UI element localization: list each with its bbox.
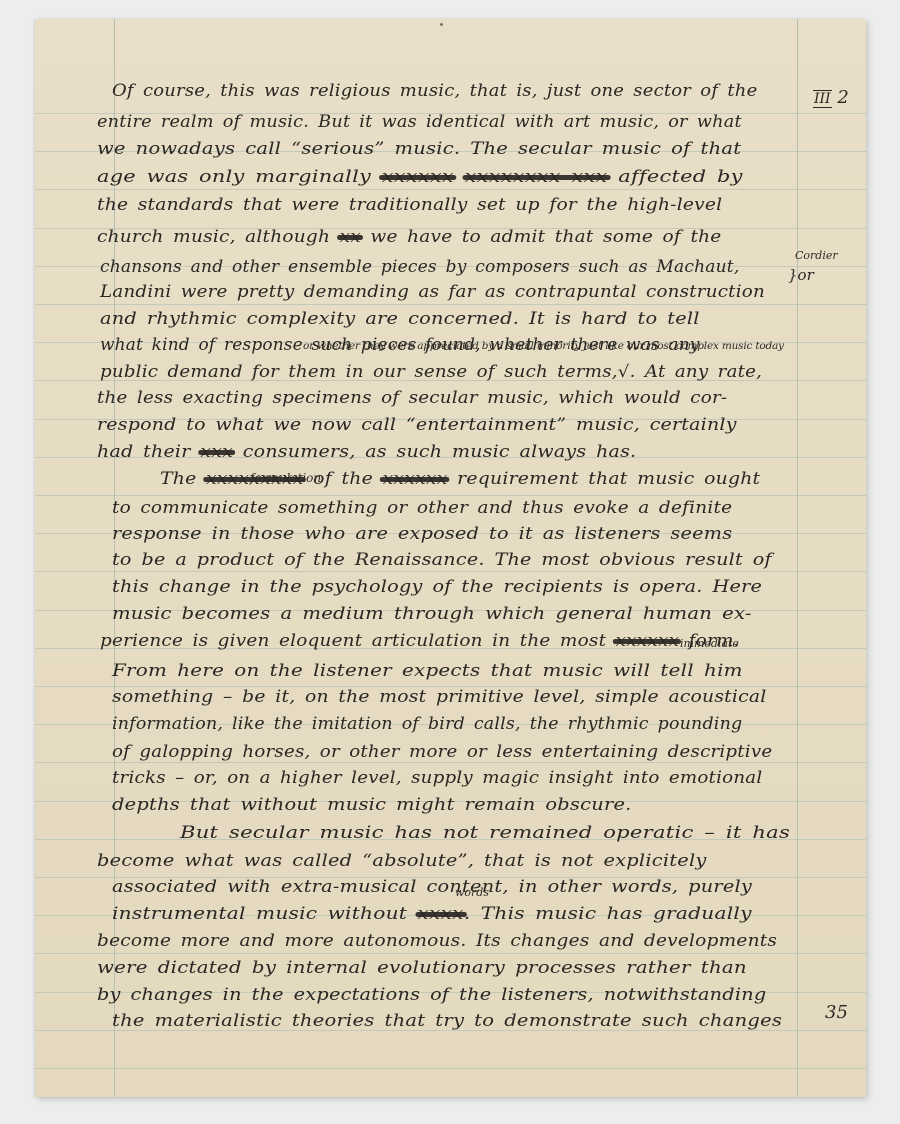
manuscript-line: Of course, this was religious music, tha… xyxy=(112,81,757,100)
ruled-line xyxy=(35,189,866,190)
line-text: public demand for them in our sense of s… xyxy=(100,362,762,381)
manuscript-line: perience is given eloquent articulation … xyxy=(100,631,740,650)
line-text: church music, although xyxy=(97,227,340,246)
manuscript-line: chansons and other ensemble pieces by co… xyxy=(100,257,739,276)
manuscript-line: become more and more autonomous. Its cha… xyxy=(97,931,777,950)
line-text: the standards that were traditionally se… xyxy=(97,195,722,214)
manuscript-line: the materialistic theories that try to d… xyxy=(112,1011,782,1030)
manuscript-line: were dictated by internal evolutionary p… xyxy=(97,958,747,977)
manuscript-line: something – be it, on the most primitive… xyxy=(112,687,766,706)
manuscript-line: information, like the imitation of bird … xyxy=(112,714,742,733)
line-text: were dictated by internal evolutionary p… xyxy=(97,958,747,977)
right-margin-rule xyxy=(797,19,798,1097)
line-text: music becomes a medium through which gen… xyxy=(112,604,752,623)
insertion-minority: or whether they were appreciated by a sm… xyxy=(303,340,784,352)
manuscript-line: music becomes a medium through which gen… xyxy=(112,604,752,623)
ruled-line xyxy=(35,495,866,496)
line-text: the materialistic theories that try to d… xyxy=(112,1011,782,1030)
struck-text: xxxxxx xyxy=(383,469,448,488)
line-text: of galopping horses, or other more or le… xyxy=(112,742,772,761)
line-text: affected by xyxy=(608,167,743,186)
line-text: . This music has gradually xyxy=(464,904,752,923)
line-text: Of course, this was religious music, tha… xyxy=(112,81,757,100)
line-text: this change in the psychology of the rec… xyxy=(112,577,762,596)
manuscript-line: to communicate something or other and th… xyxy=(112,498,732,517)
ruled-line xyxy=(35,762,866,763)
insertion-or: }or xyxy=(788,266,814,284)
insertion-formulation: formulation xyxy=(250,471,321,485)
manuscript-line: become what was called “absolute”, that … xyxy=(97,851,707,870)
line-text: we have to admit that some of the xyxy=(361,227,722,246)
line-text: age was only marginally xyxy=(97,167,382,186)
line-text: response in those who are exposed to it … xyxy=(112,524,732,543)
section-marker: III 2 xyxy=(813,87,849,108)
line-text: the less exacting specimens of secular m… xyxy=(97,388,727,407)
manuscript-line: response in those who are exposed to it … xyxy=(112,524,732,543)
line-text: we nowadays call “serious” music. The se… xyxy=(97,139,741,158)
struck-text: xxxxxx xyxy=(382,167,454,186)
line-text: respond to what we now call “entertainme… xyxy=(97,415,737,434)
manuscript-line: depths that without music might remain o… xyxy=(112,795,632,814)
line-text: become what was called “absolute”, that … xyxy=(97,851,707,870)
manuscript-page: III 2 35 Of course, this was religious m… xyxy=(35,19,866,1097)
line-text: entire realm of music. But it was identi… xyxy=(97,112,742,131)
manuscript-line: respond to what we now call “entertainme… xyxy=(97,415,737,434)
line-text: Landini were pretty demanding as far as … xyxy=(100,282,765,301)
line-text: and rhythmic complexity are concerned. I… xyxy=(100,309,700,328)
line-text: But secular music has not remained opera… xyxy=(180,823,790,842)
manuscript-line: entire realm of music. But it was identi… xyxy=(97,112,742,131)
manuscript-line: public demand for them in our sense of s… xyxy=(100,362,762,381)
manuscript-line: the standards that were traditionally se… xyxy=(97,195,722,214)
line-text: by changes in the expectations of the li… xyxy=(97,985,766,1004)
line-text: The xyxy=(160,469,206,488)
section-roman: III xyxy=(813,90,832,108)
line-text: something – be it, on the most primitive… xyxy=(112,687,766,706)
paper-speck xyxy=(440,23,443,26)
manuscript-line: the less exacting specimens of secular m… xyxy=(97,388,727,407)
line-text: become more and more autonomous. Its cha… xyxy=(97,931,777,950)
line-text: had their xyxy=(97,442,200,461)
ruled-line xyxy=(35,1068,866,1069)
line-text: perience is given eloquent articulation … xyxy=(100,631,616,650)
manuscript-line: this change in the psychology of the rec… xyxy=(112,577,762,596)
line-text: consumers, as such music always has. xyxy=(233,442,636,461)
line-text: to be a product of the Renaissance. The … xyxy=(112,550,772,569)
ruled-line xyxy=(35,304,866,305)
manuscript-line: we nowadays call “serious” music. The se… xyxy=(97,139,741,158)
insertion-cordier: Cordier xyxy=(795,249,838,262)
page-number: 35 xyxy=(825,1002,848,1023)
ruled-line xyxy=(35,953,866,954)
manuscript-line: had their xxx consumers, as such music a… xyxy=(97,442,636,461)
manuscript-line: by changes in the expectations of the li… xyxy=(97,985,766,1004)
section-number: 2 xyxy=(837,87,848,108)
struck-text: xxxx xyxy=(417,904,463,923)
struck-text: xx xyxy=(340,227,361,246)
struck-text: xxxxxxxx xxx xyxy=(465,167,608,186)
insertion-words: words xyxy=(455,886,489,899)
struck-text: xxx xyxy=(200,442,233,461)
line-text: associated with extra-musical content, i… xyxy=(112,877,752,896)
manuscript-line: instrumental music without xxxx. This mu… xyxy=(112,904,752,923)
line-text: information, like the imitation of bird … xyxy=(112,714,742,733)
manuscript-line: Landini were pretty demanding as far as … xyxy=(100,282,765,301)
manuscript-line: From here on the listener expects that m… xyxy=(112,661,743,680)
line-text: instrumental music without xyxy=(112,904,417,923)
line-text: From here on the listener expects that m… xyxy=(112,661,743,680)
manuscript-line: to be a product of the Renaissance. The … xyxy=(112,550,772,569)
manuscript-line: of galopping horses, or other more or le… xyxy=(112,742,772,761)
line-text: chansons and other ensemble pieces by co… xyxy=(100,257,739,276)
manuscript-line: church music, although xx we have to adm… xyxy=(97,227,721,246)
line-text: requirement that music ought xyxy=(448,469,761,488)
manuscript-line: But secular music has not remained opera… xyxy=(180,823,790,842)
manuscript-line: tricks – or, on a higher level, supply m… xyxy=(112,768,762,787)
line-text: to communicate something or other and th… xyxy=(112,498,732,517)
struck-text: xxxxxx xyxy=(616,631,680,650)
manuscript-line: age was only marginally xxxxxx xxxxxxxx … xyxy=(97,167,743,186)
insertion-immediate: immediate xyxy=(680,637,739,650)
manuscript-line: associated with extra-musical content, i… xyxy=(112,877,752,896)
manuscript-line: and rhythmic complexity are concerned. I… xyxy=(100,309,700,328)
ruled-line xyxy=(35,571,866,572)
line-text: depths that without music might remain o… xyxy=(112,795,632,814)
line-text: tricks – or, on a higher level, supply m… xyxy=(112,768,762,787)
